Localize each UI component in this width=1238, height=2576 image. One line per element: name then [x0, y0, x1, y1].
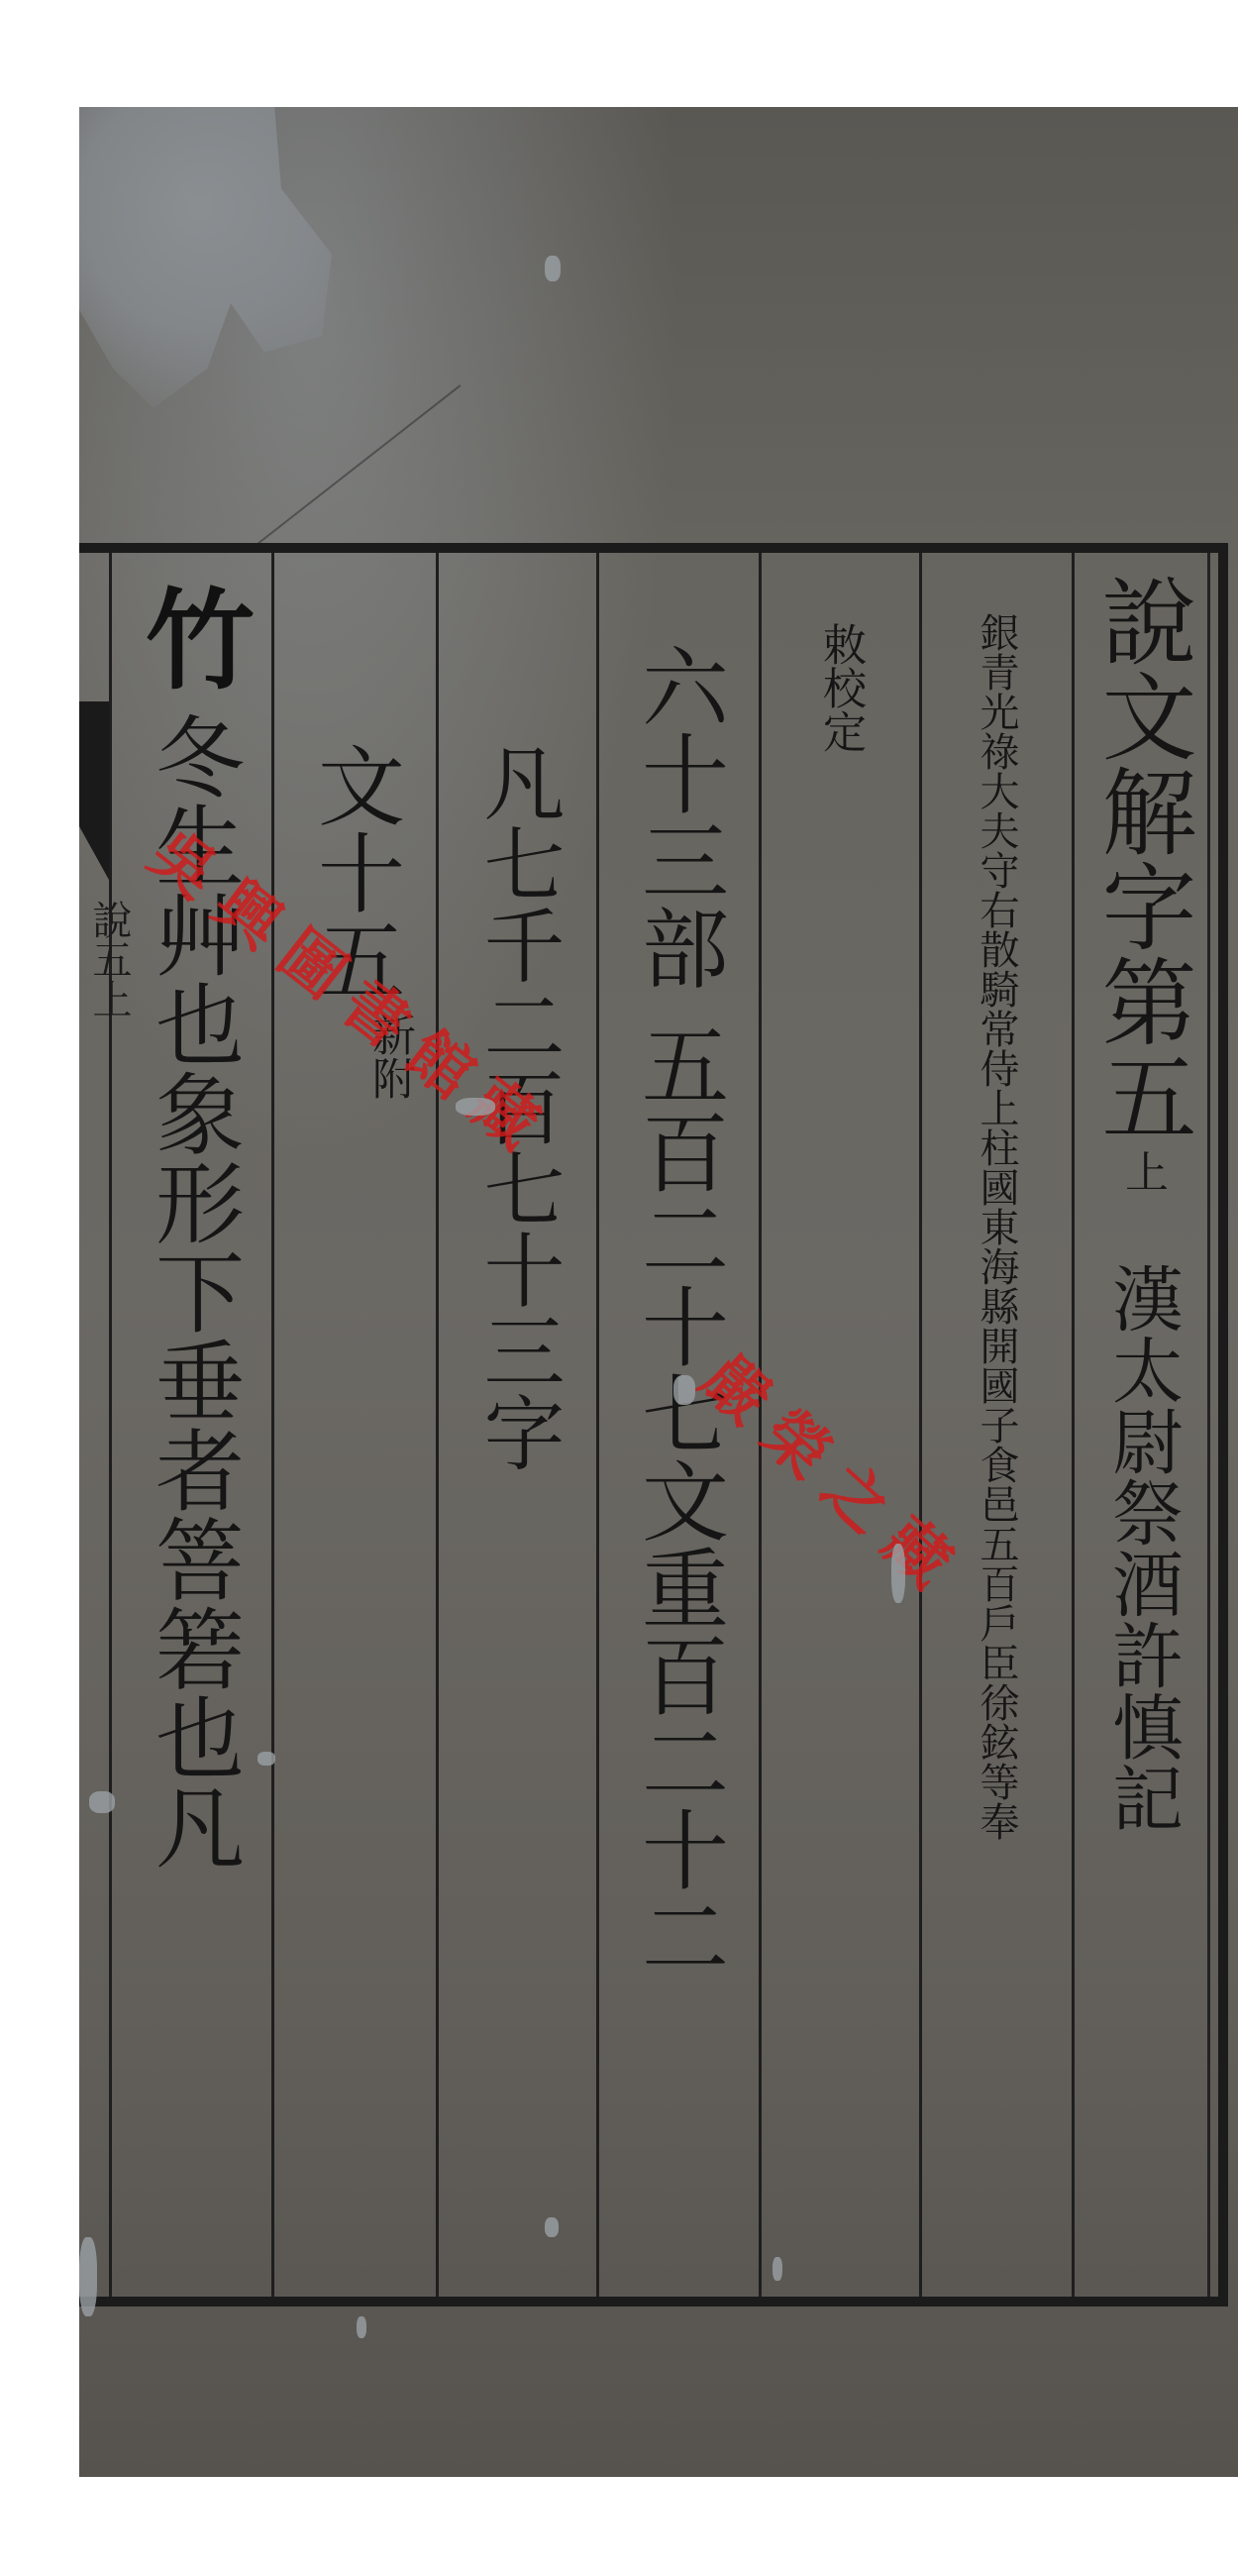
book-title: 說文解字第五 — [1094, 573, 1189, 1143]
paper-crease — [257, 384, 461, 545]
book-page: 說文解字第五 上 漢太尉祭酒許慎記 銀青光祿大夫守右散騎常侍上柱國東海縣開國子食… — [79, 107, 1238, 2477]
radical-count: 六十三部 — [635, 642, 722, 991]
paper-damage — [456, 1098, 495, 1116]
author-line: 漢太尉祭酒許慎記 — [1106, 1262, 1178, 1833]
editor-credit: 銀青光祿大夫守右散騎常侍上柱國東海縣開國子食邑五百戶臣徐鉉等奉 — [977, 612, 1016, 1841]
paper-damage — [545, 256, 561, 281]
paper-damage — [545, 2217, 559, 2237]
margin-ear-text: 說五上 — [81, 900, 138, 1019]
seal-script-headword: 竹 — [137, 583, 246, 682]
column-title: 說文解字第五 上 漢太尉祭酒許慎記 — [1074, 573, 1210, 2287]
water-stain — [79, 107, 416, 434]
paper-damage — [79, 2237, 97, 2316]
variant-count: 重百二十二 — [635, 1544, 722, 1980]
paper-damage — [357, 2316, 366, 2338]
column-new-additions: 文十五 新附 — [273, 573, 436, 2287]
paper-damage — [258, 1752, 275, 1766]
column-editor: 銀青光祿大夫守右散騎常侍上柱國東海縣開國子食邑五百戶臣徐鉉等奉 — [921, 573, 1072, 2287]
edict-text: 敕校定 — [818, 622, 862, 753]
column-char-total: 凡七千二百七十三字 — [438, 573, 596, 2287]
print-frame: 說文解字第五 上 漢太尉祭酒許慎記 銀青光祿大夫守右散騎常侍上柱國東海縣開國子食… — [79, 543, 1228, 2307]
character-count: 五百二十七文 — [635, 1020, 722, 1544]
paper-damage — [773, 2257, 782, 2281]
volume-part: 上 — [1120, 1149, 1164, 1193]
paper-damage — [891, 1544, 905, 1603]
paper-damage — [89, 1791, 115, 1813]
paper-damage — [673, 1375, 695, 1405]
